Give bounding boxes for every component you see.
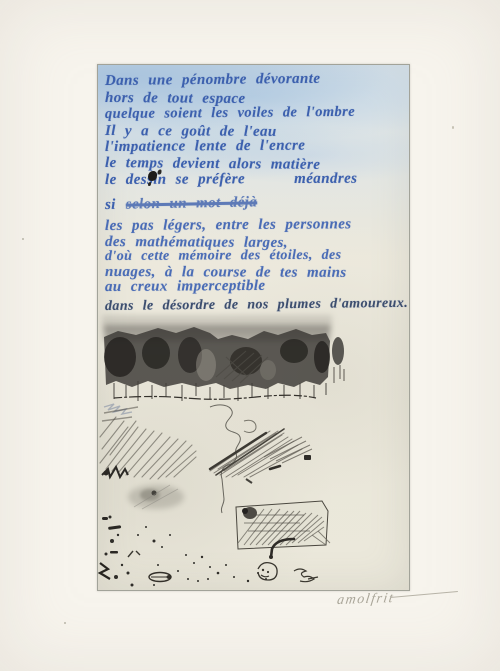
poem-line-with-strikethrough: siselon un mot déjà xyxy=(105,194,257,213)
center-diagonal-strokes xyxy=(210,429,312,483)
paper-speck xyxy=(64,622,66,624)
poem-line: dans le désordre de nos plumes d'amoureu… xyxy=(105,296,408,315)
signature-flourish-stroke xyxy=(390,591,458,598)
scanned-print-page: Dans une pénombre dévorante hors de tout… xyxy=(0,0,500,671)
paper-speck xyxy=(452,126,454,129)
poem-line: Dans une pénombre dévorante xyxy=(105,71,321,89)
bottom-doodles xyxy=(100,563,318,582)
poem-line: au creux imperceptible xyxy=(105,278,266,295)
poem-line: d'où cette mémoire des étoiles, des xyxy=(105,248,342,265)
struck-out-words: selon un mot déjà xyxy=(126,194,258,212)
poem-line-fragment: si xyxy=(105,197,116,213)
poem-line: les pas légers, entre les personnes xyxy=(105,216,352,234)
tree-band xyxy=(102,315,344,401)
poem-line: quelque soient les voiles de l'ombre xyxy=(105,104,355,122)
poem-line: le dessin se préfère méandres xyxy=(105,171,357,188)
poem-line: l'impatience lente de l'encre xyxy=(105,138,305,155)
artist-signature: amolfrit xyxy=(336,591,395,609)
etching-plate: Dans une pénombre dévorante hors de tout… xyxy=(97,64,410,591)
lower-marks xyxy=(102,467,330,559)
paper-speck xyxy=(22,238,24,240)
